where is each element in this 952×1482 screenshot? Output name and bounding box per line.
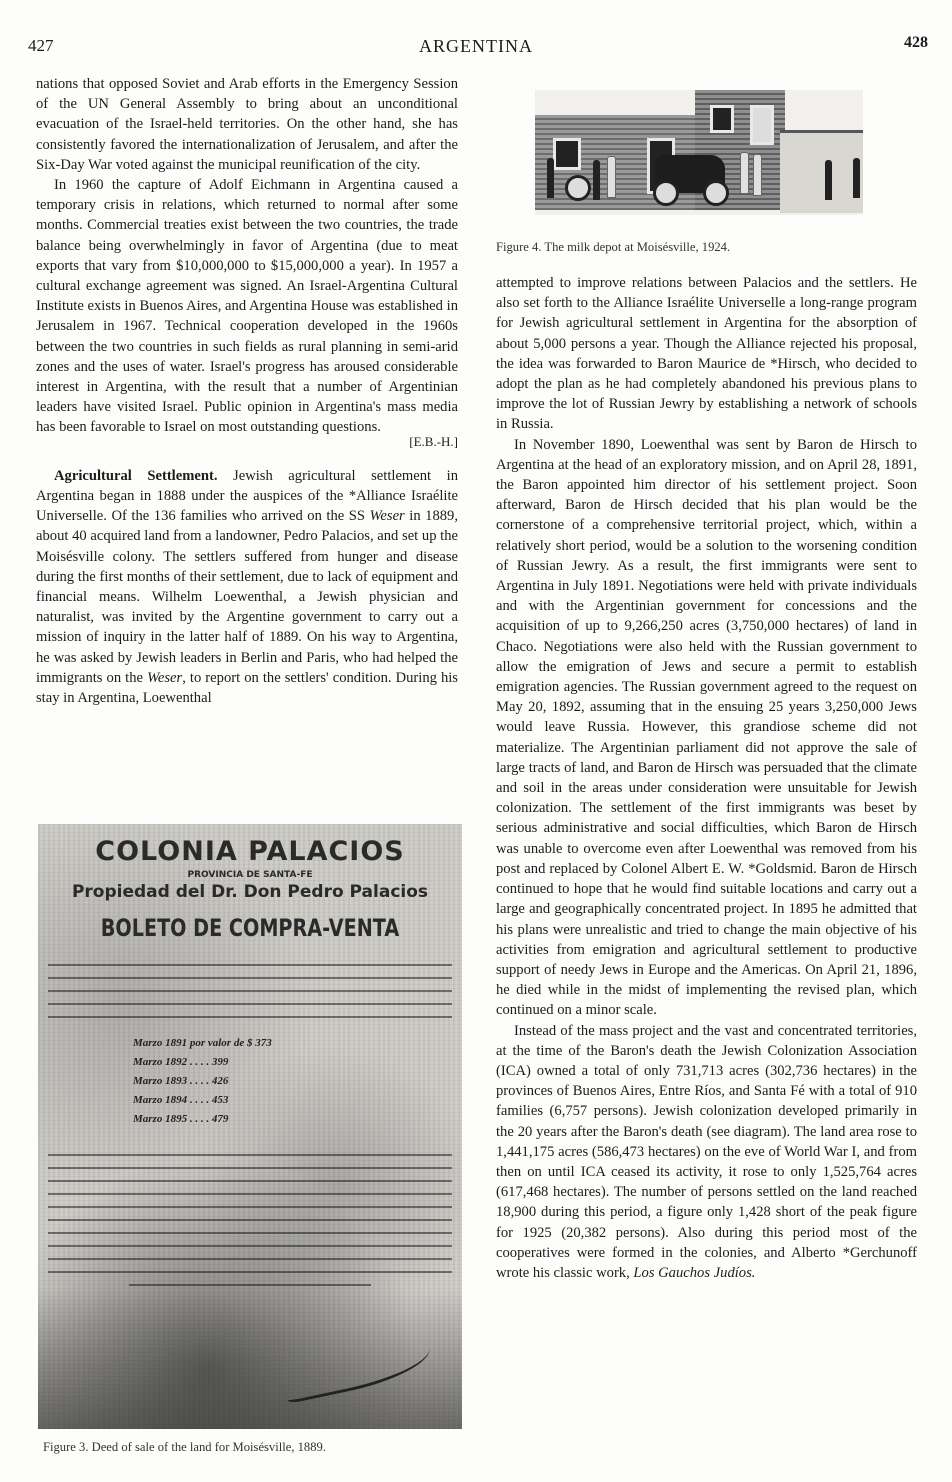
figure-3-caption: Figure 3. Deed of sale of the land for M… xyxy=(43,1440,326,1455)
paragraph: Instead of the mass project and the vast… xyxy=(496,1021,917,1284)
section-heading: Agricultural Settlement. xyxy=(54,468,217,484)
deed-type: BOLETO DE COMPRA-VENTA xyxy=(80,914,419,942)
page-number-right: 428 xyxy=(904,34,928,52)
paragraph: nations that opposed Soviet and Arab eff… xyxy=(36,74,458,175)
figure-3-deed-image: COLONIA PALACIOS PROVINCIA DE SANTA-FE P… xyxy=(38,824,462,1429)
deed-province: PROVINCIA DE SANTA-FE xyxy=(38,870,462,880)
deed-owner: Propiedad del Dr. Don Pedro Palacios xyxy=(38,882,462,902)
running-title: ARGENTINA xyxy=(0,36,952,57)
book-title: Los Gauchos Judíos. xyxy=(633,1265,755,1281)
deed-heading: COLONIA PALACIOS xyxy=(38,836,462,867)
right-column: attempted to improve relations between P… xyxy=(496,273,917,1283)
figure-4-caption: Figure 4. The milk depot at Moisésville,… xyxy=(496,240,730,255)
ship-name: Weser xyxy=(147,670,182,686)
paragraph: attempted to improve relations between P… xyxy=(496,273,917,435)
deed-payment-schedule: Marzo 1891 por valor de $ 373 Marzo 1892… xyxy=(133,1034,272,1129)
paragraph: In November 1890, Loewenthal was sent by… xyxy=(496,435,917,1021)
deed-clauses xyxy=(48,1154,452,1297)
section-paragraph: Agricultural Settlement. Jewish agricult… xyxy=(36,466,458,708)
page-header: 427 ARGENTINA 428 xyxy=(0,36,952,60)
ship-name: Weser xyxy=(370,508,405,524)
left-column: nations that opposed Soviet and Arab eff… xyxy=(36,74,458,708)
paragraph: In 1960 the capture of Adolf Eichmann in… xyxy=(36,175,458,438)
deed-body-text xyxy=(48,964,452,1029)
figure-4-photo xyxy=(535,90,863,215)
